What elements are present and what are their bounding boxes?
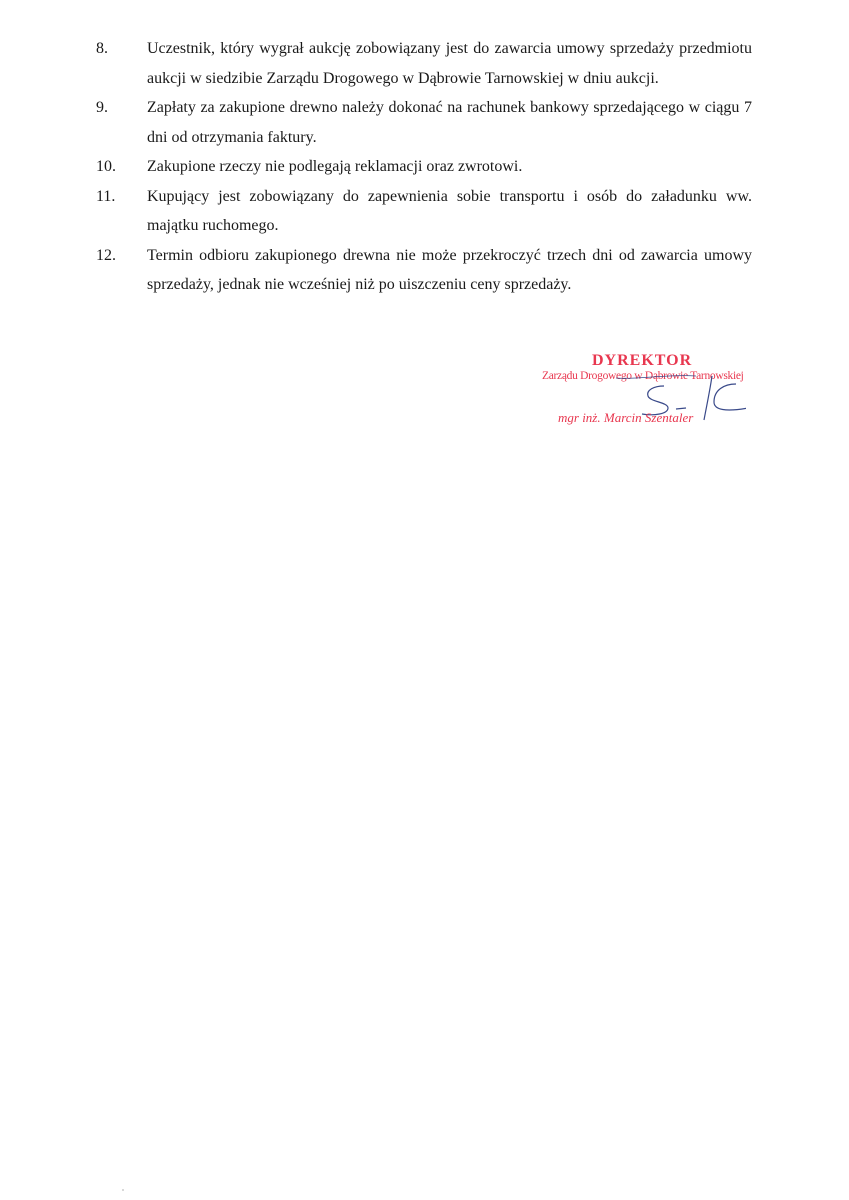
stamp-name: mgr inż. Marcin Szentaler	[558, 410, 693, 426]
term-number: 10.	[96, 152, 116, 182]
term-number: 8.	[96, 34, 108, 64]
term-text: Kupujący jest zobowiązany do zapewnienia…	[147, 182, 752, 241]
term-text: Uczestnik, który wygrał aukcję zobowiąza…	[147, 34, 752, 93]
term-item-12: 12. Termin odbioru zakupionego drewna ni…	[0, 241, 849, 300]
term-text: Zakupione rzeczy nie podlegają reklamacj…	[147, 152, 752, 182]
term-number: 9.	[96, 93, 108, 123]
scan-artifact	[122, 1189, 124, 1191]
terms-list: 8. Uczestnik, który wygrał aukcję zobowi…	[0, 34, 849, 300]
term-number: 11.	[96, 182, 115, 212]
director-stamp: DYREKTOR Zarządu Drogowego w Dąbrowie Ta…	[536, 352, 751, 432]
term-item-10: 10. Zakupione rzeczy nie podlegają rekla…	[0, 152, 849, 182]
term-item-8: 8. Uczestnik, który wygrał aukcję zobowi…	[0, 34, 849, 93]
term-text: Termin odbioru zakupionego drewna nie mo…	[147, 241, 752, 300]
term-item-9: 9. Zapłaty za zakupione drewno należy do…	[0, 93, 849, 152]
term-number: 12.	[96, 241, 116, 271]
term-item-11: 11. Kupujący jest zobowiązany do zapewni…	[0, 182, 849, 241]
term-text: Zapłaty za zakupione drewno należy dokon…	[147, 93, 752, 152]
